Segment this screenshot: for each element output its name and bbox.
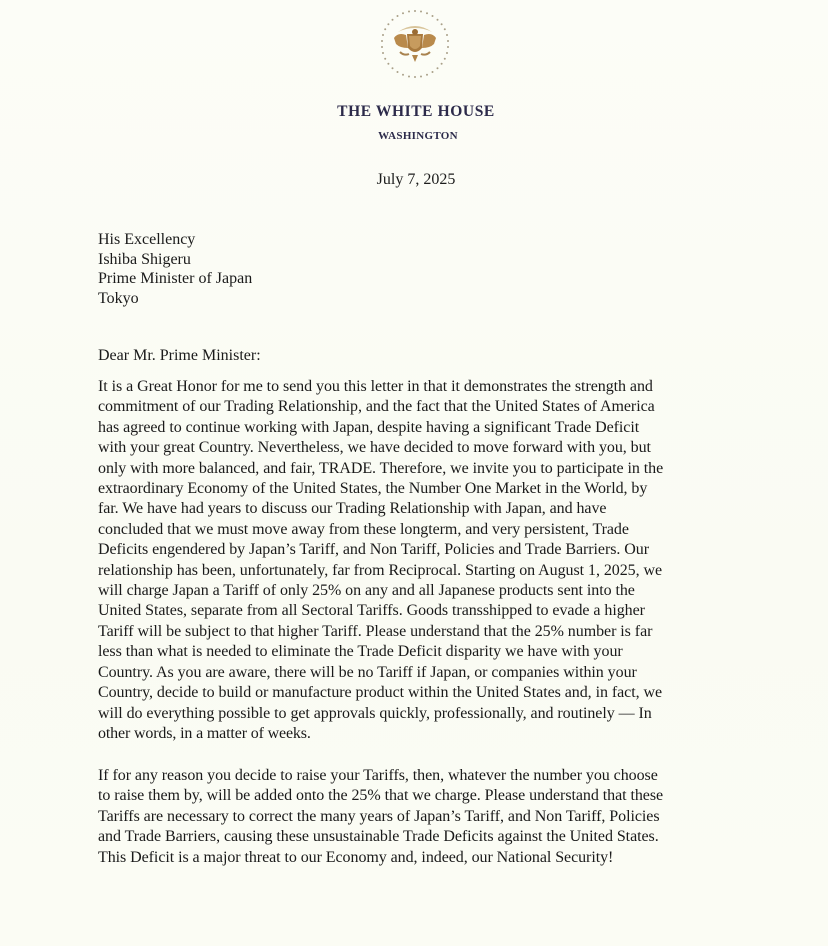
body-line: Tariffs are necessary to correct the man… [98, 807, 758, 827]
body-line: This Deficit is a major threat to our Ec… [98, 848, 758, 868]
recipient-line: Ishiba Shigeru [98, 250, 252, 270]
letter-page: THE WHITE HOUSE WASHINGTON July 7, 2025 … [0, 0, 828, 946]
body-line: and Trade Barriers, causing these unsust… [98, 827, 758, 847]
body-line: concluded that we must move away from th… [98, 520, 758, 540]
body-line: extraordinary Economy of the United Stat… [98, 479, 758, 499]
body-line: has agreed to continue working with Japa… [98, 418, 758, 438]
salutation: Dear Mr. Prime Minister: [98, 347, 261, 365]
body-line: Deficits engendered by Japan’s Tariff, a… [98, 540, 758, 560]
body-line: with your great Country. Nevertheless, w… [98, 438, 758, 458]
body-line: Tariff will be subject to that higher Ta… [98, 622, 758, 642]
body-line: only with more balanced, and fair, TRADE… [98, 459, 758, 479]
body-line: Country. As you are aware, there will be… [98, 663, 758, 683]
body-line: other words, in a matter of weeks. [98, 724, 758, 744]
presidential-seal-icon [378, 8, 452, 82]
recipient-line: Prime Minister of Japan [98, 269, 252, 289]
body-line: to raise them by, will be added onto the… [98, 786, 758, 806]
body-line: commitment of our Trading Relationship, … [98, 397, 758, 417]
recipient-address: His Excellency Ishiba Shigeru Prime Mini… [98, 230, 252, 308]
body-line: United States, separate from all Sectora… [98, 601, 758, 621]
body-line: far. We have had years to discuss our Tr… [98, 499, 758, 519]
letterhead-subtitle: WASHINGTON [0, 130, 828, 142]
body-line: will do everything possible to get appro… [98, 704, 758, 724]
body-line: will charge Japan a Tariff of only 25% o… [98, 581, 758, 601]
letterhead-title: THE WHITE HOUSE [0, 103, 828, 121]
letter-date: July 7, 2025 [0, 171, 828, 189]
recipient-line: His Excellency [98, 230, 252, 250]
body-line: Country, decide to build or manufacture … [98, 683, 758, 703]
body-paragraph-2: If for any reason you decide to raise yo… [98, 766, 758, 868]
body-line: less than what is needed to eliminate th… [98, 642, 758, 662]
body-line: It is a Great Honor for me to send you t… [98, 377, 758, 397]
recipient-line: Tokyo [98, 289, 252, 309]
body-line: relationship has been, unfortunately, fa… [98, 561, 758, 581]
body-line: If for any reason you decide to raise yo… [98, 766, 758, 786]
body-paragraph-1: It is a Great Honor for me to send you t… [98, 377, 758, 744]
